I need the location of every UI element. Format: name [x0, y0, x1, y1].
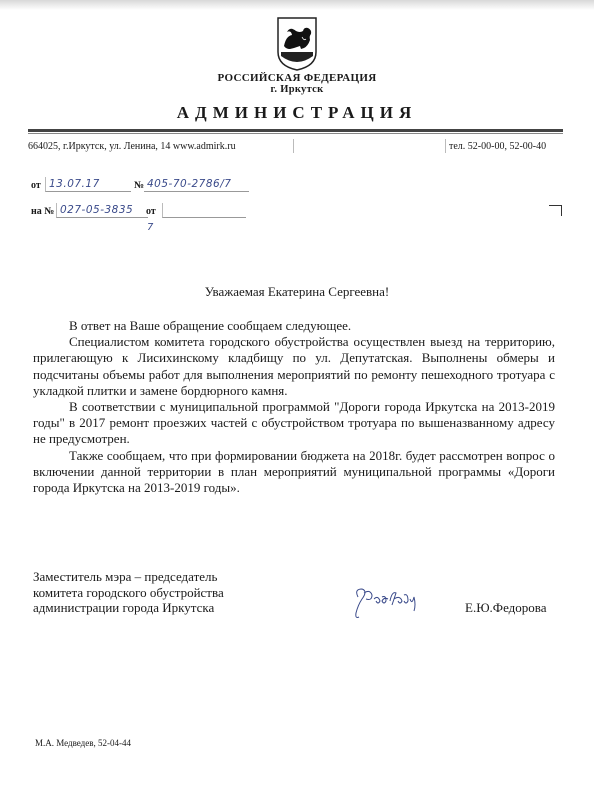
paragraph: Также сообщаем, что при формировании бюд… [33, 448, 555, 497]
executor-contact: М.А. Медведев, 52-04-44 [35, 738, 131, 748]
salutation: Уважаемая Екатерина Сергеевна! [0, 284, 594, 300]
address-line: 664025, г.Иркутск, ул. Ленина, 14 www.ad… [28, 141, 236, 152]
address-corner-mark [549, 205, 562, 216]
outgoing-number-field: 405-70-2786/7 [144, 177, 249, 192]
date-label: от [31, 180, 41, 191]
paragraph: В ответ на Ваше обращение сообщаем следу… [33, 318, 555, 334]
incoming-date-label: от [146, 206, 156, 217]
organization-title: АДМИНИСТРАЦИЯ [0, 103, 594, 123]
position-line: Заместитель мэра – председатель [33, 569, 224, 585]
incoming-date-field [162, 203, 246, 218]
header-rule-thick [28, 129, 563, 132]
incoming-number-field: 027-05-3835 [56, 203, 148, 218]
incoming-number-suffix: 7 [147, 222, 153, 233]
header-separator [293, 139, 294, 153]
letter-body: В ответ на Ваше обращение сообщаем следу… [33, 318, 555, 496]
number-label: № [134, 180, 144, 191]
signer-name: Е.Ю.Федорова [465, 600, 547, 616]
position-line: комитета городского обустройства [33, 585, 224, 601]
scan-shade [0, 0, 594, 10]
phone-line: тел. 52-00-00, 52-00-40 [449, 141, 546, 152]
handwritten-signature-icon [350, 583, 430, 623]
signer-position: Заместитель мэра – председатель комитета… [33, 569, 224, 616]
position-line: администрации города Иркутска [33, 600, 224, 616]
header-separator [445, 139, 446, 153]
irkutsk-coat-of-arms-icon [276, 16, 318, 72]
paragraph: В соответствии с муниципальной программо… [33, 399, 555, 448]
country-name: РОССИЙСКАЯ ФЕДЕРАЦИЯ [0, 72, 594, 84]
outgoing-date-field: 13.07.17 [45, 177, 131, 192]
city-name: г. Иркутск [0, 84, 594, 95]
incoming-number-label: на № [31, 206, 54, 217]
header-rule-thin [28, 133, 563, 134]
paragraph: Специалистом комитета городского обустро… [33, 334, 555, 399]
